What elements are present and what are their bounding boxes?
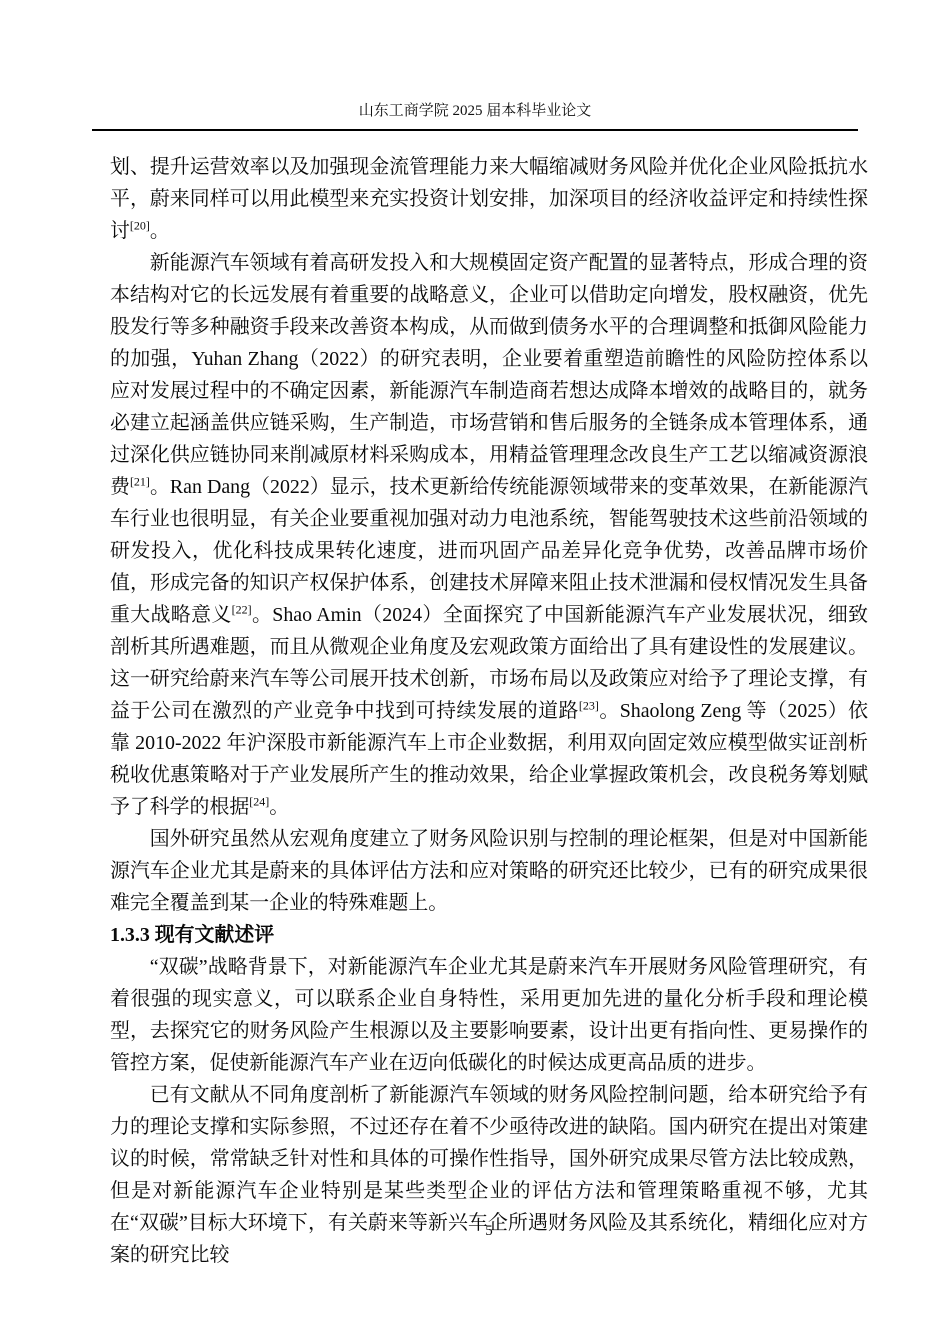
running-header: 山东工商学院 2025 届本科毕业论文 bbox=[92, 102, 858, 121]
citation-ref: [22] bbox=[232, 602, 252, 616]
text-run: “双碳”战略背景下，对新能源汽车企业尤其是蔚来汽车开展财务风险管理研究，有着很强… bbox=[110, 956, 868, 1074]
citation-ref: [24] bbox=[249, 794, 269, 808]
page-footer: 5 bbox=[110, 1221, 868, 1241]
text-run: 新能源汽车领域有着高研发投入和大规模固定资产配置的显著特点，形成合理的资本结构对… bbox=[110, 252, 868, 498]
header-rule bbox=[92, 129, 858, 131]
page-number: 5 bbox=[485, 1223, 493, 1239]
paragraph: 已有文献从不同角度剖析了新能源汽车领域的财务风险控制问题，给本研究给予有力的理论… bbox=[110, 1079, 868, 1271]
paragraph: 划、提升运营效率以及加强现金流管理能力来大幅缩减财务风险并优化企业风险抵抗水平，… bbox=[110, 151, 868, 247]
paragraph: 国外研究虽然从宏观角度建立了财务风险识别与控制的理论框架，但是对中国新能源汽车企… bbox=[110, 823, 868, 919]
document-body: 划、提升运营效率以及加强现金流管理能力来大幅缩减财务风险并优化企业风险抵抗水平，… bbox=[110, 151, 868, 1271]
text-run: 国外研究虽然从宏观角度建立了财务风险识别与控制的理论框架，但是对中国新能源汽车企… bbox=[110, 828, 868, 914]
paragraph: 新能源汽车领域有着高研发投入和大规模固定资产配置的显著特点，形成合理的资本结构对… bbox=[110, 247, 868, 823]
citation-ref: [20] bbox=[130, 218, 150, 232]
text-run: 。 bbox=[150, 220, 170, 242]
citation-ref: [21] bbox=[130, 474, 150, 488]
text-run: 。 bbox=[269, 796, 289, 818]
section-heading: 1.3.3 现有文献述评 bbox=[110, 919, 868, 951]
text-run: 划、提升运营效率以及加强现金流管理能力来大幅缩减财务风险并优化企业风险抵抗水平，… bbox=[110, 156, 868, 242]
paragraph: “双碳”战略背景下，对新能源汽车企业尤其是蔚来汽车开展财务风险管理研究，有着很强… bbox=[110, 951, 868, 1079]
citation-ref: [23] bbox=[579, 698, 599, 712]
document-page: 山东工商学院 2025 届本科毕业论文 划、提升运营效率以及加强现金流管理能力来… bbox=[0, 0, 950, 1344]
